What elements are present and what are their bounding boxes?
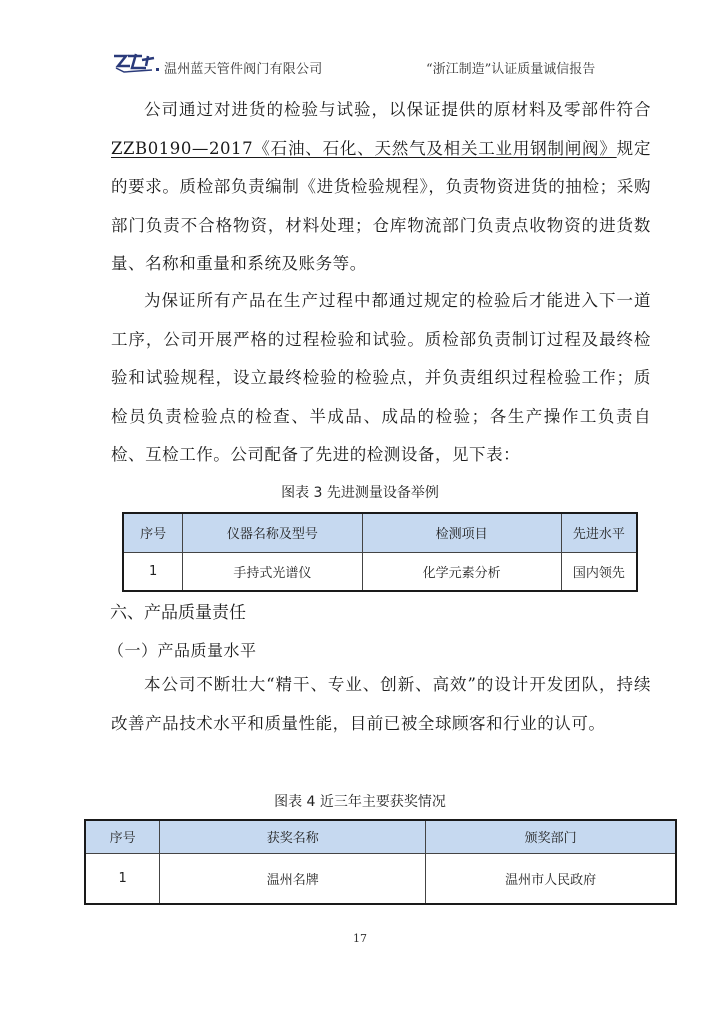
table-header-row: 序号 获奖名称 颁奖部门 xyxy=(85,820,676,853)
equipment-table: 序号 仪器名称及型号 检测项目 先进水平 1 手持式光谱仪 化学元素分析 国内领… xyxy=(122,512,638,592)
column-header: 仪器名称及型号 xyxy=(183,513,362,552)
table-cell: 国内领先 xyxy=(561,552,637,591)
table-row: 1 手持式光谱仪 化学元素分析 国内领先 xyxy=(123,552,637,591)
report-title: “浙江制造”认证质量诚信报告 xyxy=(426,58,595,77)
column-header: 检测项目 xyxy=(362,513,561,552)
standard-reference: ZZB0190—2017《石油、石化、天然气及相关工业用钢制闸阀》 xyxy=(111,139,617,158)
table-cell: 化学元素分析 xyxy=(362,552,561,591)
paragraph-text: 为保证所有产品在生产过程中都通过规定的检验后才能进入下一道工序，公司开展严格的过… xyxy=(111,282,651,475)
paragraph-incoming-inspection: 公司通过对进货的检验与试验，以保证提供的原材料及零部件符合ZZB0190—201… xyxy=(111,91,651,284)
table-cell: 1 xyxy=(123,552,183,591)
table-cell: 温州名牌 xyxy=(160,853,426,904)
column-header: 序号 xyxy=(123,513,183,552)
awards-table: 序号 获奖名称 颁奖部门 1 温州名牌 温州市人民政府 xyxy=(84,819,677,905)
company-name: 温州蓝天管件阀门有限公司 xyxy=(164,58,322,77)
table-cell: 1 xyxy=(85,853,160,904)
subsection-heading: （一）产品质量水平 xyxy=(108,638,257,661)
paragraph-line: 公司通过对进货的检验与试验，以保证提供的原材料及零部件符合 xyxy=(144,100,651,119)
table3-caption: 图表 3 先进测量设备举例 xyxy=(0,482,720,502)
column-header: 颁奖部门 xyxy=(426,820,676,853)
column-header: 序号 xyxy=(85,820,160,853)
table-header-row: 序号 仪器名称及型号 检测项目 先进水平 xyxy=(123,513,637,552)
paragraph-quality-level: 本公司不断壮大“精干、专业、创新、高效”的设计开发团队，持续改善产品技术水平和质… xyxy=(111,666,651,743)
table-cell: 温州市人民政府 xyxy=(426,853,676,904)
column-header: 获奖名称 xyxy=(160,820,426,853)
table-row: 1 温州名牌 温州市人民政府 xyxy=(85,853,676,904)
paragraph-text: 本公司不断壮大“精干、专业、创新、高效”的设计开发团队，持续改善产品技术水平和质… xyxy=(111,666,651,743)
page-header: 温州蓝天管件阀门有限公司 “浙江制造”认证质量诚信报告 xyxy=(112,52,612,80)
table4-caption: 图表 4 近三年主要获奖情况 xyxy=(0,791,720,811)
column-header: 先进水平 xyxy=(561,513,637,552)
paragraph-process-inspection: 为保证所有产品在生产过程中都通过规定的检验后才能进入下一道工序，公司开展严格的过… xyxy=(111,282,651,475)
paragraph-text: 求。质检部负责编制《进货检验规程》，负责物资进货的抽检；采购部门负责不合格物资，… xyxy=(111,177,651,273)
company-logo-icon xyxy=(112,52,160,74)
page-number: 17 xyxy=(0,932,720,945)
table-cell: 手持式光谱仪 xyxy=(183,552,362,591)
section-heading: 六、产品质量责任 xyxy=(110,598,246,623)
